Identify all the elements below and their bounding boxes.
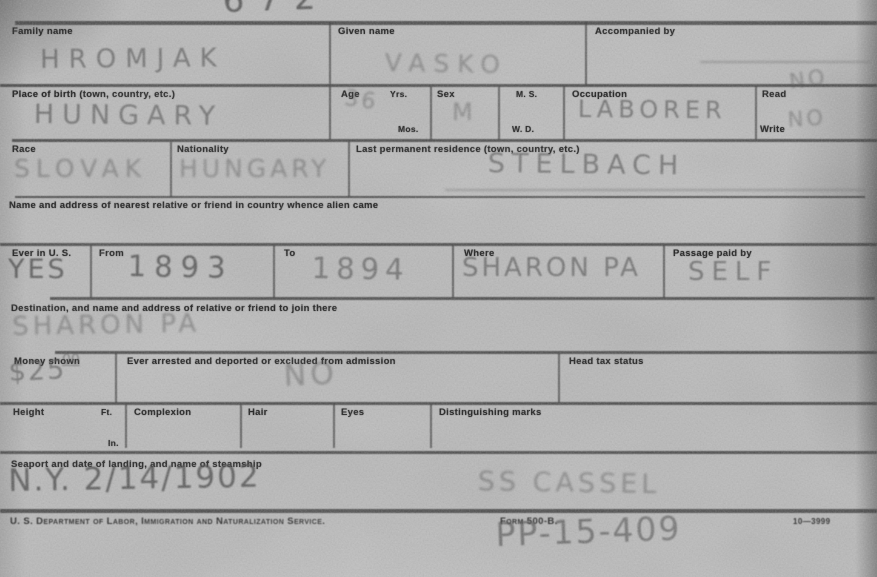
grid-vline xyxy=(755,86,757,140)
pencil-line xyxy=(700,61,870,63)
height-ft-label: Ft. xyxy=(101,407,112,417)
grid-hline xyxy=(0,84,877,87)
family-name-label: Family name xyxy=(12,26,73,37)
occupation-value: LABORER xyxy=(578,97,727,122)
grid-vline xyxy=(430,404,432,448)
grid-vline xyxy=(115,353,117,403)
residence-underline xyxy=(445,189,865,191)
given-name-label: Given name xyxy=(338,26,395,37)
grid-vline xyxy=(348,141,350,197)
height-label: Height xyxy=(13,407,44,418)
grid-vline xyxy=(430,86,432,140)
place-of-birth-value: HUNGARY xyxy=(34,101,223,130)
hair-label: Hair xyxy=(248,407,268,418)
grid-hline xyxy=(12,139,877,142)
height-in-label: In. xyxy=(108,438,119,448)
grid-vline xyxy=(90,245,92,298)
destination-value: SHARON PA xyxy=(12,311,200,340)
grid-vline xyxy=(329,22,331,85)
age-value: 36 xyxy=(343,88,380,115)
pencil-mark-top: 672 xyxy=(222,0,330,18)
write-label: Write xyxy=(760,124,785,135)
given-name-value: VASKO xyxy=(385,50,509,77)
pencil-note: PP-15-409 xyxy=(495,512,682,551)
grid-hline xyxy=(55,351,877,354)
grid-vline xyxy=(273,245,275,298)
read-label: Read xyxy=(762,89,786,100)
grid-vline xyxy=(452,245,454,298)
age-yrs-label: Yrs. xyxy=(390,89,407,99)
head-tax-label: Head tax status xyxy=(569,356,644,367)
to-label: To xyxy=(284,248,296,259)
write-value: NO xyxy=(787,107,827,131)
sex-value: M xyxy=(452,100,473,124)
money-shown-cents: 00 xyxy=(62,353,80,367)
footer-print-code: 10—3999 xyxy=(793,517,831,526)
seaport-value: N.Y. 2/14/1902 xyxy=(8,462,261,497)
nationality-value: HUNGARY xyxy=(179,156,330,181)
complexion-label: Complexion xyxy=(134,407,191,418)
grid-hline xyxy=(0,451,877,454)
ever-in-us-value: YES xyxy=(8,256,68,283)
grid-vline xyxy=(585,22,587,85)
where-value: SHARON PA xyxy=(462,255,641,281)
last-residence-value: STELBACH xyxy=(488,150,686,179)
grid-vline xyxy=(333,404,335,448)
family-name-value: HROMJAK xyxy=(40,45,226,73)
money-shown-value: $25 xyxy=(8,356,67,386)
race-value: SLOVAK xyxy=(14,156,147,181)
marital-wd-label: W. D. xyxy=(512,124,534,134)
from-value: 1893 xyxy=(127,252,233,283)
age-mos-label: Mos. xyxy=(398,124,419,134)
to-value: 1894 xyxy=(311,254,409,285)
marital-ms-label: M. S. xyxy=(516,89,537,99)
accompanied-by-label: Accompanied by xyxy=(595,26,675,37)
grid-vline xyxy=(498,86,500,140)
grid-vline xyxy=(170,141,172,197)
grid-vline xyxy=(125,404,127,448)
read-value: NO xyxy=(788,67,829,93)
grid-vline xyxy=(563,86,565,140)
grid-vline xyxy=(558,353,560,403)
grid-hline xyxy=(15,196,865,198)
steamship-value: SS CASSEL xyxy=(478,468,661,498)
eyes-label: Eyes xyxy=(341,407,364,418)
grid-vline xyxy=(240,404,242,448)
grid-hline xyxy=(0,243,877,246)
footer-agency: U. S. Department of Labor, Immigration a… xyxy=(10,516,325,527)
passage-paid-by-value: SELF xyxy=(688,259,778,285)
nearest-relative-label: Name and address of nearest relative or … xyxy=(9,200,378,211)
grid-vline xyxy=(329,86,331,140)
scanned-immigration-form: Family name Given name Accompanied by Pl… xyxy=(0,0,877,577)
distinguishing-marks-label: Distinguishing marks xyxy=(439,407,542,418)
grid-hline xyxy=(0,509,877,513)
grid-hline xyxy=(50,297,875,300)
ever-arrested-value: NO xyxy=(283,359,339,392)
from-label: From xyxy=(99,248,124,259)
grid-hline xyxy=(15,21,877,25)
ever-arrested-label: Ever arrested and deported or excluded f… xyxy=(127,356,396,367)
grid-vline xyxy=(663,245,665,298)
grid-hline xyxy=(0,402,877,405)
